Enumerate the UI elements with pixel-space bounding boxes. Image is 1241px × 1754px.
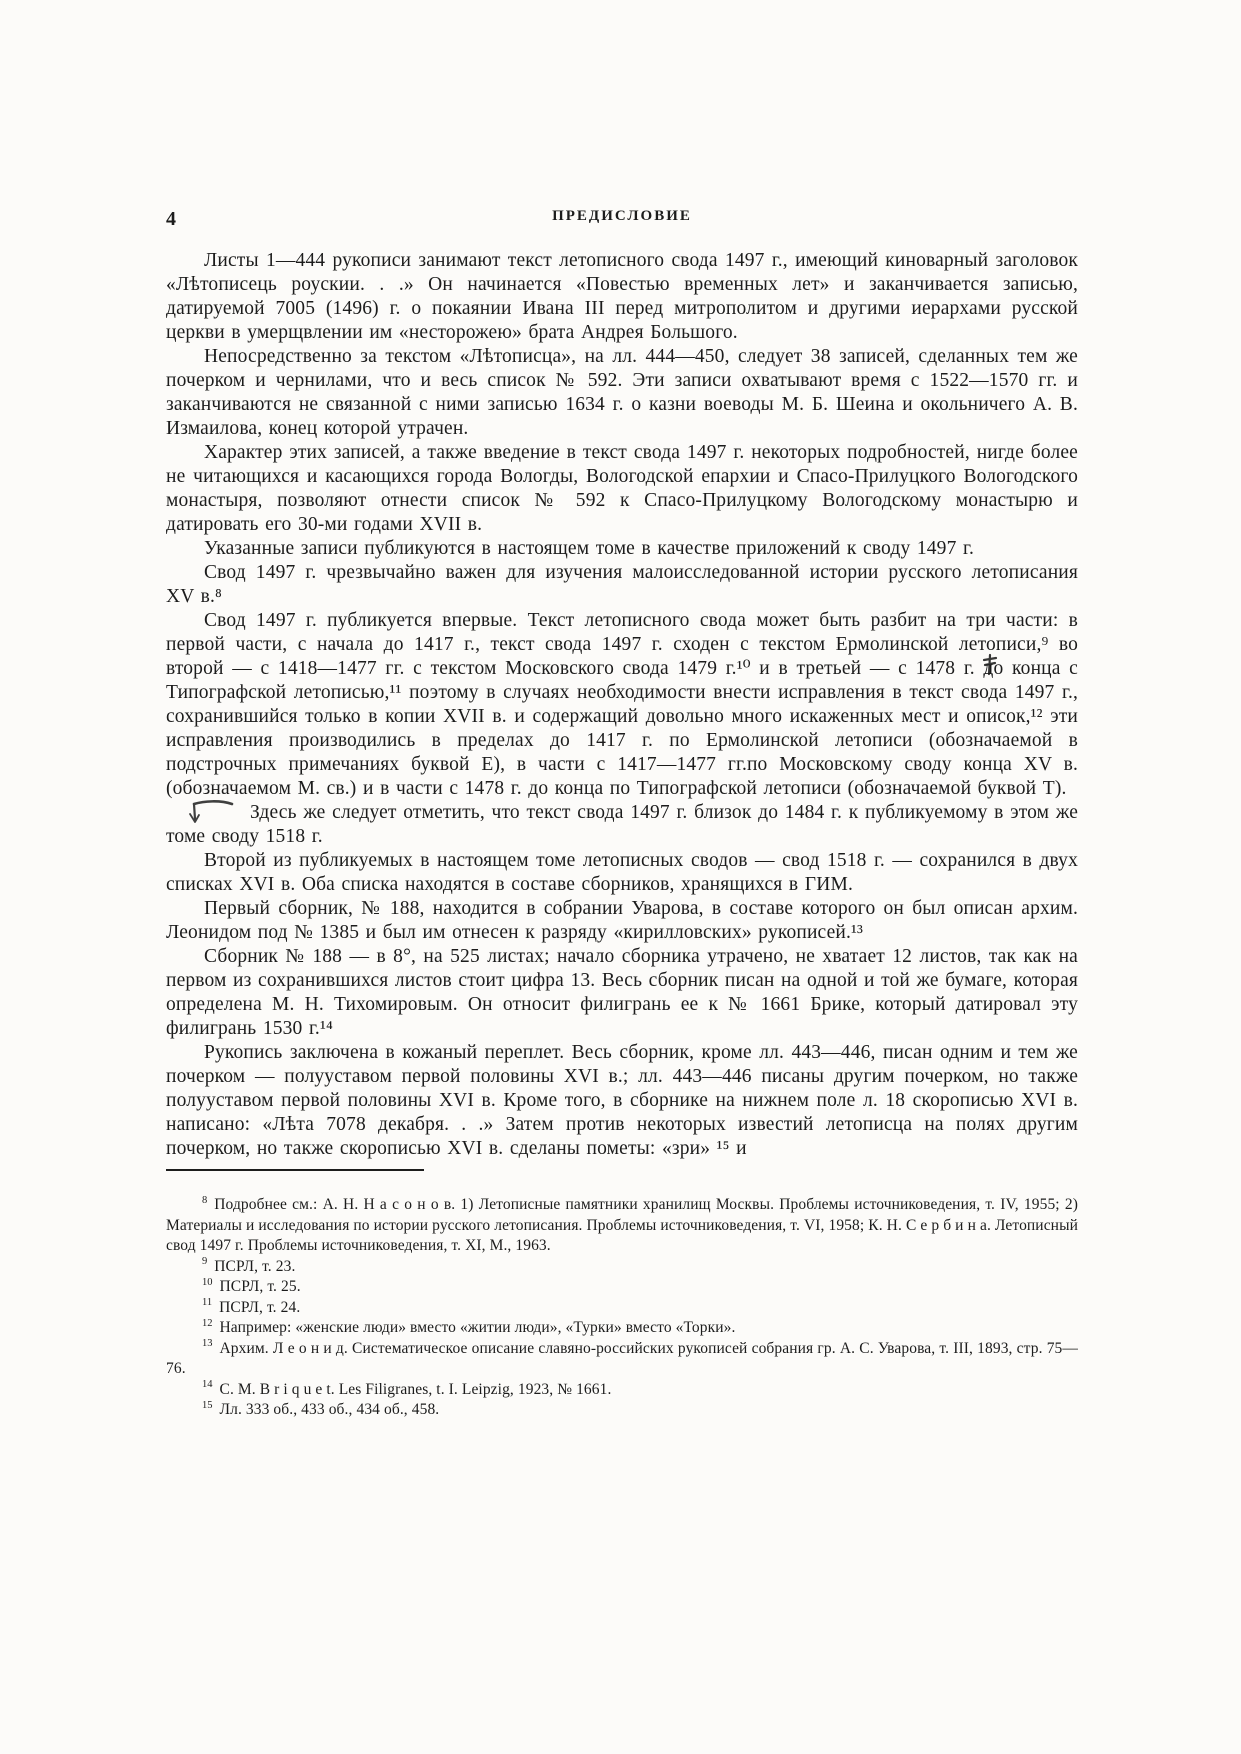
footnote-separator-rule xyxy=(166,1169,424,1171)
footnote-number: 10 xyxy=(202,1277,213,1288)
pencil-margin-mark-icon xyxy=(186,795,236,829)
paragraph-text: Здесь же следует отметить, что текст сво… xyxy=(166,802,1078,847)
footnotes-block: 8Подробнее см.: А. Н. Н а с о н о в. 1) … xyxy=(166,1195,1078,1421)
footnote: 8Подробнее см.: А. Н. Н а с о н о в. 1) … xyxy=(166,1195,1078,1257)
footnote-text: ПСРЛ, т. 23. xyxy=(214,1258,295,1275)
footnote: 11ПСРЛ, т. 24. xyxy=(166,1298,1078,1319)
body-paragraph: Характер этих записей, а также введение … xyxy=(166,441,1078,537)
footnote-text: Например: «женские люди» вместо «житии л… xyxy=(220,1319,736,1336)
body-paragraph: Листы 1—444 рукописи занимают текст лето… xyxy=(166,249,1078,345)
body-paragraph: Непосредственно за текстом «Лѣтописца», … xyxy=(166,345,1078,441)
footnote-text: Лл. 333 об., 433 об., 434 об., 458. xyxy=(220,1401,440,1418)
footnote-number: 14 xyxy=(202,1379,213,1390)
body-paragraph: Второй из публикуемых в настоящем томе л… xyxy=(166,849,1078,897)
body-paragraph: Свод 1497 г. публикуется впервые. Текст … xyxy=(166,609,1078,801)
body-paragraph: Первый сборник, № 188, находится в собра… xyxy=(166,897,1078,945)
footnote-number: 8 xyxy=(202,1195,207,1206)
footnote-number: 11 xyxy=(202,1297,212,1308)
footnote: 12Например: «женские люди» вместо «житии… xyxy=(166,1318,1078,1339)
footnote: 10ПСРЛ, т. 25. xyxy=(166,1277,1078,1298)
paragraph-text: Свод 1497 г. публикуется впервые. Текст … xyxy=(166,610,1078,799)
footnote-number: 13 xyxy=(202,1338,213,1349)
body-paragraph: Указанные записи публикуются в настоящем… xyxy=(166,537,1078,561)
footnote: 13Архим. Л е о н и д. Систематическое оп… xyxy=(166,1339,1078,1380)
page-header: 4 ПРЕДИСЛОВИЕ xyxy=(166,208,1078,232)
footnote-text: ПСРЛ, т. 24. xyxy=(219,1299,300,1316)
footnote: 15Лл. 333 об., 433 об., 434 об., 458. xyxy=(166,1400,1078,1421)
running-header: ПРЕДИСЛОВИЕ xyxy=(166,208,1078,225)
body-paragraph: Рукопись заключена в кожаный переплет. В… xyxy=(166,1041,1078,1161)
body-text: Листы 1—444 рукописи занимают текст лето… xyxy=(166,249,1078,1161)
footnote-text: C. M. B r i q u e t. Les Filigranes, t. … xyxy=(220,1381,612,1398)
footnote-number: 9 xyxy=(202,1256,207,1267)
footnote: 14C. M. B r i q u e t. Les Filigranes, t… xyxy=(166,1380,1078,1401)
footnote-number: 12 xyxy=(202,1318,213,1329)
footnote-text: Архим. Л е о н и д. Систематическое опис… xyxy=(166,1340,1078,1378)
page-content: 4 ПРЕДИСЛОВИЕ Листы 1—444 рукописи заним… xyxy=(166,208,1078,1421)
body-paragraph: Свод 1497 г. чрезвычайно важен для изуче… xyxy=(166,561,1078,609)
footnote-text: ПСРЛ, т. 25. xyxy=(220,1278,301,1295)
book-page-scan: 4 ПРЕДИСЛОВИЕ Листы 1—444 рукописи заним… xyxy=(0,0,1241,1754)
footnote-text: Подробнее см.: А. Н. Н а с о н о в. 1) Л… xyxy=(166,1196,1078,1254)
body-paragraph: Сборник № 188 — в 8°, на 525 листах; нач… xyxy=(166,945,1078,1041)
body-paragraph: Здесь же следует отметить, что текст сво… xyxy=(166,801,1078,849)
footnote: 9ПСРЛ, т. 23. xyxy=(166,1257,1078,1278)
footnote-number: 15 xyxy=(202,1400,213,1411)
